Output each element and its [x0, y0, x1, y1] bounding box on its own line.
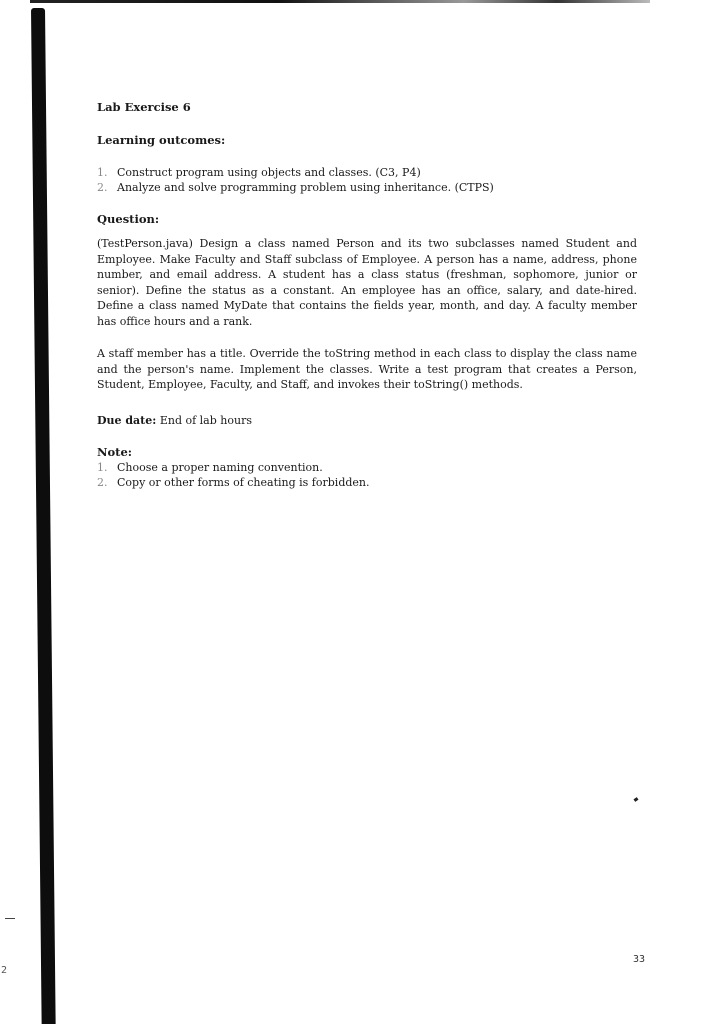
list-item: 1. Construct program using objects and c…	[97, 165, 637, 180]
scan-top-edge	[30, 0, 650, 3]
list-text: Construct program using objects and clas…	[117, 165, 421, 180]
question-paragraph: (TestPerson.java) Design a class named P…	[97, 236, 637, 329]
list-text: Analyze and solve programming problem us…	[117, 180, 494, 195]
list-item: 1. Choose a proper naming convention.	[97, 460, 370, 475]
list-item: 2. Copy or other forms of cheating is fo…	[97, 475, 370, 490]
note-heading: Note:	[97, 445, 132, 461]
question-heading: Question:	[97, 212, 159, 228]
list-text: Copy or other forms of cheating is forbi…	[117, 475, 370, 490]
margin-dash	[5, 918, 15, 919]
list-number: 1.	[97, 165, 117, 180]
learning-outcomes-heading: Learning outcomes:	[97, 133, 225, 149]
margin-mark: 2	[1, 965, 7, 976]
due-date: Due date: End of lab hours	[97, 413, 252, 429]
learning-outcomes-list: 1. Construct program using objects and c…	[97, 165, 637, 195]
question-paragraph: A staff member has a title. Override the…	[97, 346, 637, 393]
due-date-label: Due date:	[97, 414, 156, 427]
page-number: 33	[633, 954, 645, 965]
scan-binding-edge	[31, 8, 56, 1024]
scan-speck	[634, 797, 639, 802]
due-date-value: End of lab hours	[156, 414, 252, 427]
list-text: Choose a proper naming convention.	[117, 460, 323, 475]
list-number: 2.	[97, 475, 117, 490]
page-title: Lab Exercise 6	[97, 100, 191, 116]
list-item: 2. Analyze and solve programming problem…	[97, 180, 637, 195]
note-list: 1. Choose a proper naming convention. 2.…	[97, 460, 370, 490]
list-number: 1.	[97, 460, 117, 475]
list-number: 2.	[97, 180, 117, 195]
